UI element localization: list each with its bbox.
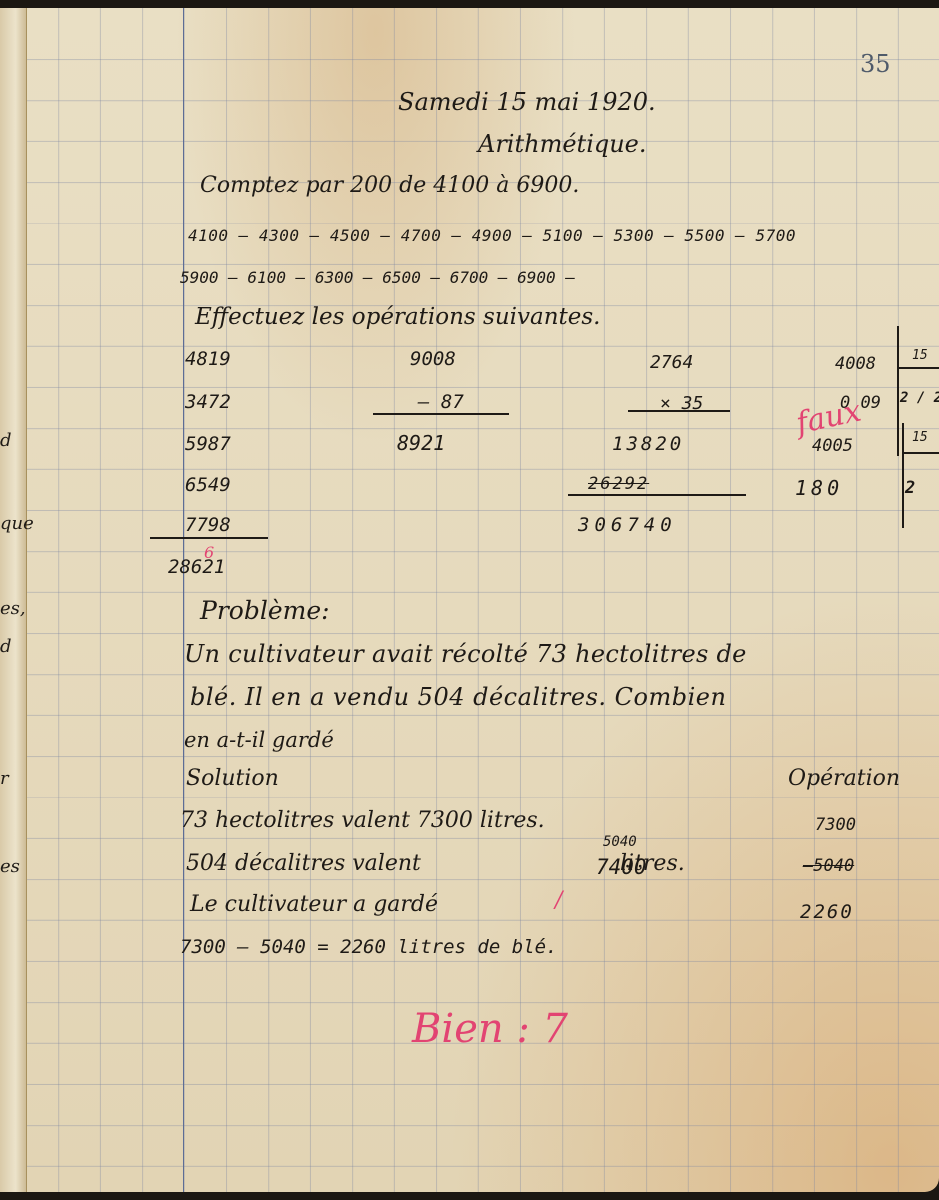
- multiplication-rule-2: [568, 494, 746, 496]
- division-bar-h: [898, 367, 939, 369]
- solution-line-4: 7300 – 5040 = 2260 litres de blé.: [180, 936, 558, 958]
- subtraction-rule: [373, 413, 509, 415]
- division-bar-2: [902, 423, 904, 528]
- page-number: 35: [860, 50, 891, 78]
- exercise1-instruction: Comptez par 200 de 4100 à 6900.: [200, 173, 579, 198]
- problem-title: Problème:: [200, 596, 330, 625]
- sub-top: 9008: [410, 348, 456, 370]
- exercise2-instruction: Effectuez les opérations suivantes.: [195, 304, 600, 330]
- grade-mark: Bien : 7: [412, 1006, 568, 1052]
- sub-result: 8921: [397, 431, 445, 455]
- margin-line: [183, 8, 184, 1192]
- edge-fragment: que: [0, 513, 34, 534]
- op-top: 7300: [815, 815, 856, 835]
- div-line3: 4005: [812, 436, 853, 456]
- div-quotient: 2 / 20: [900, 390, 939, 406]
- op-bottom: –5040: [803, 856, 854, 876]
- solution-line-2-over: 5040: [603, 834, 637, 850]
- multiplication-rule: [628, 410, 730, 412]
- div-quotient2: 2: [905, 478, 915, 498]
- mul-result: 306740: [578, 514, 677, 536]
- add-correction: 6: [204, 543, 214, 562]
- div-divisor2: 15: [912, 430, 928, 445]
- edge-fragment: d: [0, 430, 12, 451]
- solution-label: Solution: [186, 766, 279, 791]
- count-line-1: 4100 – 4300 – 4500 – 4700 – 4900 – 5100 …: [188, 226, 796, 245]
- edge-fragment: d: [0, 636, 12, 657]
- add-term: 4819: [185, 348, 231, 370]
- add-result: 28621: [168, 556, 225, 578]
- problem-text-3: en a-t-il gardé: [184, 728, 334, 752]
- notebook-page: d que es, d r es 35 Samedi 15 mai 1920. …: [0, 8, 939, 1192]
- mul-top: 2764: [650, 352, 693, 373]
- div-dividend: 4008: [835, 354, 876, 374]
- problem-text-2: blé. Il en a vendu 504 décalitres. Combi…: [190, 683, 726, 711]
- add-term: 3472: [185, 391, 231, 413]
- edge-fragment: es: [0, 856, 20, 877]
- add-term: 6549: [185, 474, 231, 496]
- problem-text-1: Un cultivateur avait récolté 73 hectolit…: [184, 640, 747, 668]
- solution-line-3: Le cultivateur a gardé: [190, 892, 438, 917]
- date-heading: Samedi 15 mai 1920.: [398, 88, 656, 116]
- add-term: 7798: [185, 514, 231, 536]
- count-line-2: 5900 – 6100 – 6300 – 6500 – 6700 – 6900 …: [180, 268, 575, 287]
- add-term: 5987: [185, 433, 231, 455]
- div-line4: 180: [795, 476, 843, 500]
- solution-line-1: 73 hectolitres valent 7300 litres.: [180, 808, 545, 833]
- mul-partial1: 13820: [612, 433, 684, 455]
- solution-line-2b: litres.: [620, 851, 685, 876]
- subject-heading: Arithmétique.: [478, 130, 647, 158]
- op-result: 2260: [800, 901, 854, 923]
- addition-rule: [150, 537, 268, 539]
- division-bar: [897, 326, 899, 456]
- solution-line-3-correction: /: [555, 888, 562, 913]
- mul-partial2: 26292: [588, 474, 649, 494]
- solution-line-2a: 504 décalitres valent: [186, 851, 421, 876]
- edge-fragment: r: [0, 768, 9, 789]
- operation-label: Opération: [788, 766, 900, 791]
- division-bar-h2: [903, 452, 939, 454]
- sub-bottom: – 87: [418, 391, 464, 413]
- div-divisor: 15: [912, 348, 928, 363]
- edge-fragment: es,: [0, 598, 26, 619]
